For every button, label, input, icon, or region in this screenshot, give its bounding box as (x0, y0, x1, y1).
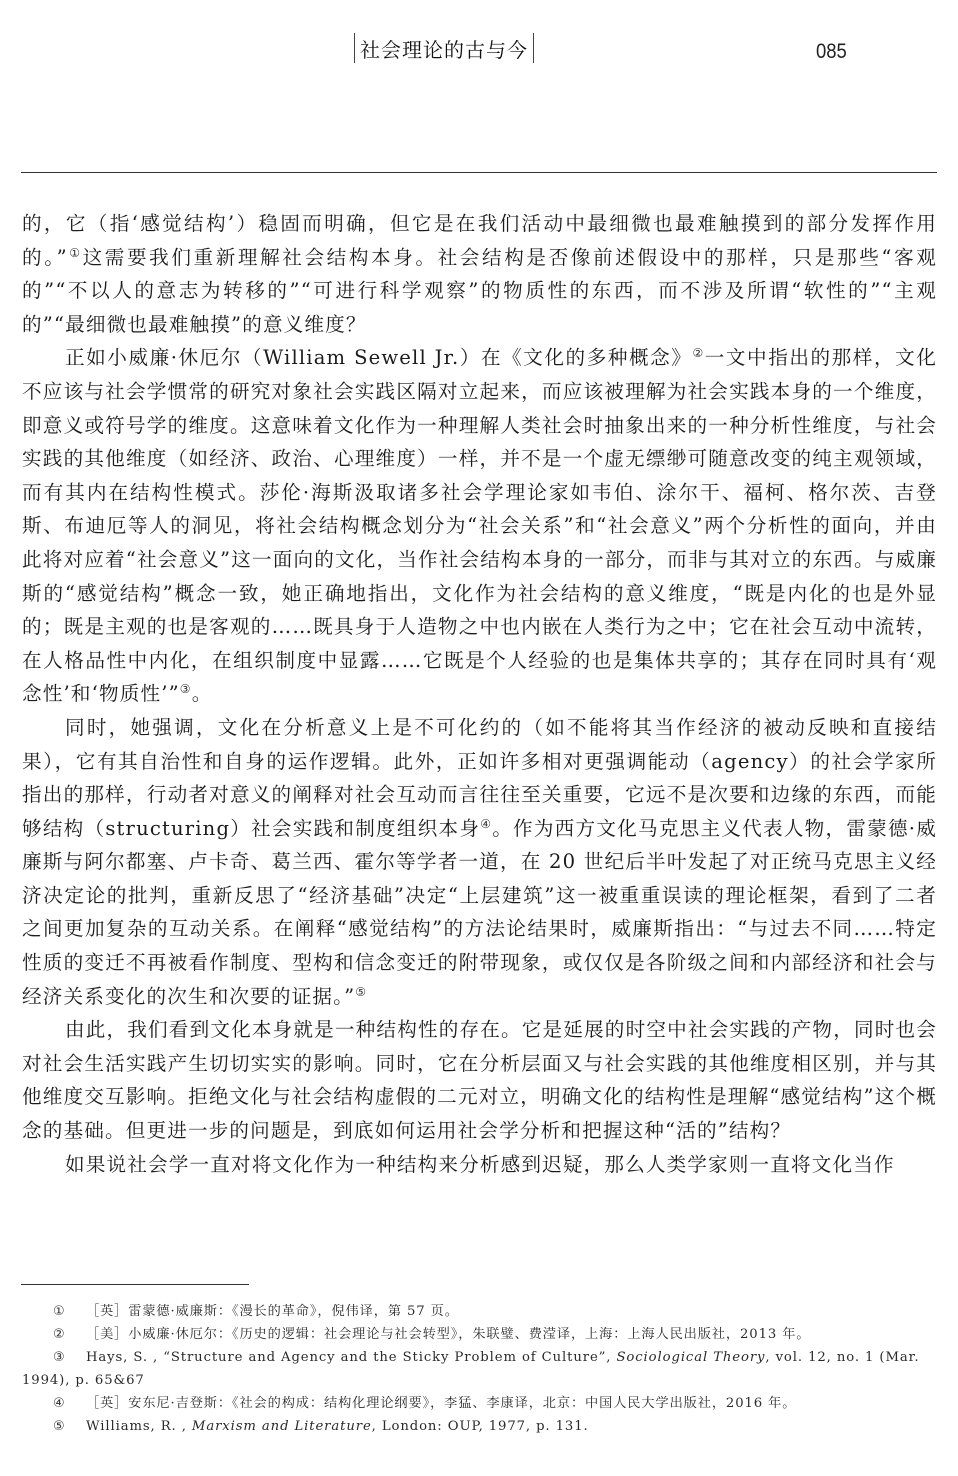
paragraph-text: 这需要我们重新理解社会结构本身。社会结构是否像前述假设中的那样，只是那些“客观的… (22, 246, 937, 336)
footnote-number: ④ (53, 1392, 65, 1415)
footnote-divider (21, 1284, 249, 1285)
paragraph-text: 如果说社会学一直对将文化作为一种结构来分析感到迟疑，那么人类学家则一直将文化当作 (65, 1153, 895, 1176)
page-number: 085 (816, 40, 847, 64)
book-title: Marxism and Literature (192, 1419, 372, 1434)
footnote-text-part: Williams, R. , (86, 1419, 192, 1434)
footnote-text: Williams, R. , Marxism and Literature, L… (86, 1419, 589, 1434)
paragraph-text: 由此，我们看到文化本身就是一种结构性的存在。它是延展的时空中社会实践的产物，同时… (22, 1018, 937, 1142)
footnote-number: ③ (53, 1346, 65, 1369)
footnote-text: ［英］安东尼·吉登斯：《社会的构成：结构化理论纲要》，李猛、李康译，北京：中国人… (86, 1396, 796, 1411)
paragraph: 由此，我们看到文化本身就是一种结构性的存在。它是延展的时空中社会实践的产物，同时… (22, 1013, 937, 1147)
paragraph: 的，它（指‘感觉结构’）稳固而明确，但它是在我们活动中最细微也最难触摸到的部分发… (22, 207, 937, 341)
footnote-3: ③ Hays, S. , “Structure and Agency and t… (22, 1346, 937, 1392)
footnote-text-part: , London: OUP, 1977, p. 131. (372, 1419, 589, 1434)
footnote-ref-5[interactable]: ⑤ (355, 985, 367, 999)
footnote-ref-4[interactable]: ④ (480, 817, 492, 831)
paragraph: 同时，她强调，文化在分析意义上是不可化约的（如不能将其当作经济的被动反映和直接结… (22, 711, 937, 1013)
footnote-text: ［美］小威廉·休厄尔：《历史的逻辑：社会理论与社会转型》，朱联璧、费滢译，上海：… (86, 1327, 810, 1342)
footnote-2: ② ［美］小威廉·休厄尔：《历史的逻辑：社会理论与社会转型》，朱联璧、费滢译，上… (22, 1323, 937, 1346)
body-text: 的，它（指‘感觉结构’）稳固而明确，但它是在我们活动中最细微也最难触摸到的部分发… (22, 207, 937, 1181)
footnote-text-part: Hays, S. , “Structure and Agency and the… (86, 1350, 617, 1365)
footnote-ref-2[interactable]: ② (692, 346, 704, 360)
journal-title: Sociological Theory (617, 1350, 766, 1365)
footnote-5: ⑤ Williams, R. , Marxism and Literature,… (22, 1415, 937, 1438)
footnote-ref-1[interactable]: ① (68, 246, 83, 260)
footnote-number: ⑤ (53, 1415, 65, 1438)
running-head-title: 社会理论的古与今 (354, 33, 534, 63)
footnote-number: ① (53, 1300, 65, 1323)
paragraph: 正如小威廉·休厄尔（William Sewell Jr.）在《文化的多种概念》②… (22, 341, 937, 711)
header-divider (21, 172, 937, 173)
footnote-text: Hays, S. , “Structure and Agency and the… (22, 1350, 919, 1388)
footnote-ref-3[interactable]: ③ (180, 682, 192, 696)
footnote-4: ④ ［英］安东尼·吉登斯：《社会的构成：结构化理论纲要》，李猛、李康译，北京：中… (22, 1392, 937, 1415)
paragraph-text: 正如小威廉·休厄尔（William Sewell Jr.）在《文化的多种概念》 (65, 346, 692, 369)
paragraph-text: 。作为西方文化马克思主义代表人物，雷蒙德·威廉斯与阿尔都塞、卢卡奇、葛兰西、霍尔… (22, 817, 937, 1008)
paragraph-text: 。 (192, 682, 213, 705)
footnote-number: ② (53, 1323, 65, 1346)
footnote-text: ［英］雷蒙德·威廉斯：《漫长的革命》，倪伟译，第 57 页。 (86, 1304, 459, 1319)
paragraph-text: 一文中指出的那样，文化不应该与社会学惯常的研究对象社会实践区隔对立起来，而应该被… (22, 346, 937, 705)
paragraph: 如果说社会学一直对将文化作为一种结构来分析感到迟疑，那么人类学家则一直将文化当作 (22, 1148, 937, 1182)
footnote-1: ① ［英］雷蒙德·威廉斯：《漫长的革命》，倪伟译，第 57 页。 (22, 1300, 937, 1323)
footnotes: ① ［英］雷蒙德·威廉斯：《漫长的革命》，倪伟译，第 57 页。 ② ［美］小威… (22, 1300, 937, 1438)
